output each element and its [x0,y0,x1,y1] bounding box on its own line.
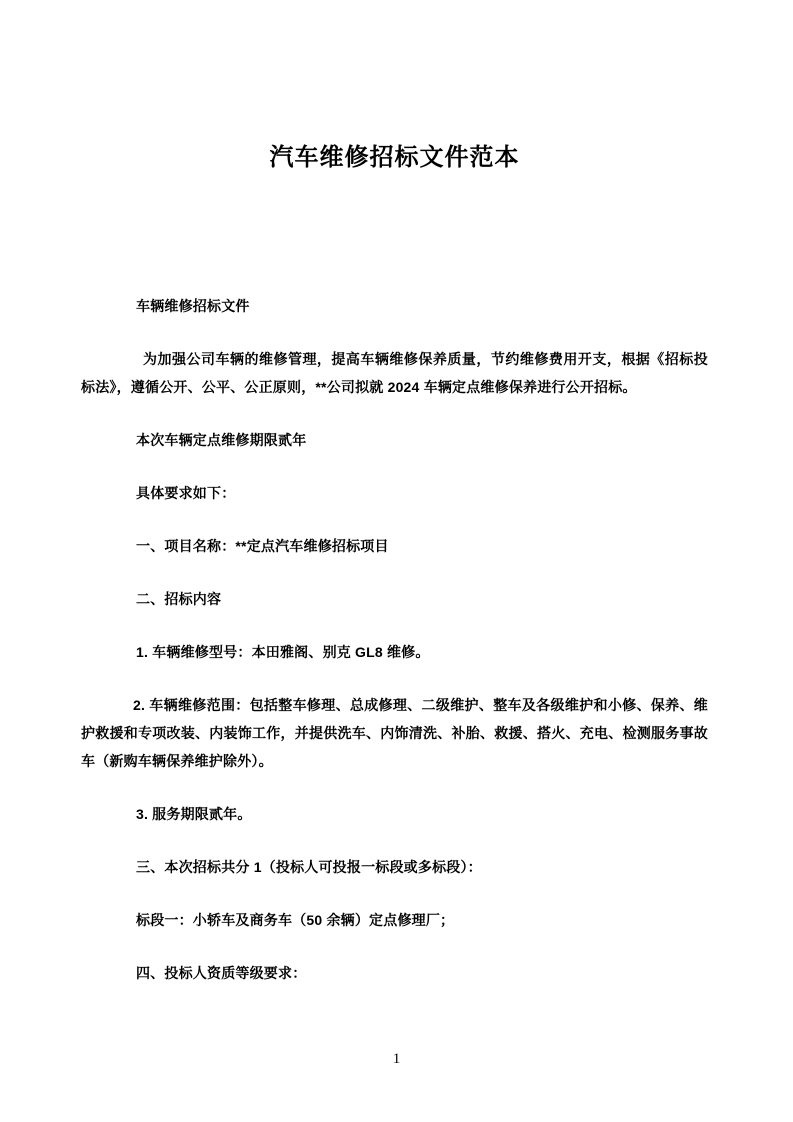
document-page: 汽车维修招标文件范本 车辆维修招标文件 为加强公司车辆的维修管理，提高车辆维修保… [0,0,793,1122]
paragraph-qualification-heading: 四、投标人资质等级要求： [81,959,708,987]
paragraph-repair-term: 本次车辆定点维修期限贰年 [81,426,708,454]
paragraph-service-term: 3. 服务期限贰年。 [81,800,708,828]
document-content: 汽车维修招标文件范本 车辆维修招标文件 为加强公司车辆的维修管理，提高车辆维修保… [0,0,793,987]
document-title: 汽车维修招标文件范本 [81,139,708,176]
paragraph-tender-content-heading: 二、招标内容 [81,585,708,613]
paragraph-vehicle-models: 1. 车辆维修型号：本田雅阁、别克 GL8 维修。 [81,638,708,666]
paragraph-repair-scope: 2. 车辆维修范围：包括整车修理、总成修理、二级维护、整车及各级维护和小修、保养… [81,691,708,775]
page-number: 1 [0,1049,793,1069]
paragraph-tender-sections: 三、本次招标共分 1（投标人可投报一标段或多标段）： [81,853,708,881]
paragraph-section-one: 标段一：小轿车及商务车（50 余辆）定点修理厂； [81,906,708,934]
paragraph-requirements-lead: 具体要求如下： [81,479,708,507]
paragraph-project-name: 一、项目名称：**定点汽车维修招标项目 [81,532,708,560]
paragraph-doc-subtitle: 车辆维修招标文件 [81,292,708,320]
paragraph-intro: 为加强公司车辆的维修管理，提高车辆维修保养质量，节约维修费用开支，根据《招标投标… [81,345,708,401]
